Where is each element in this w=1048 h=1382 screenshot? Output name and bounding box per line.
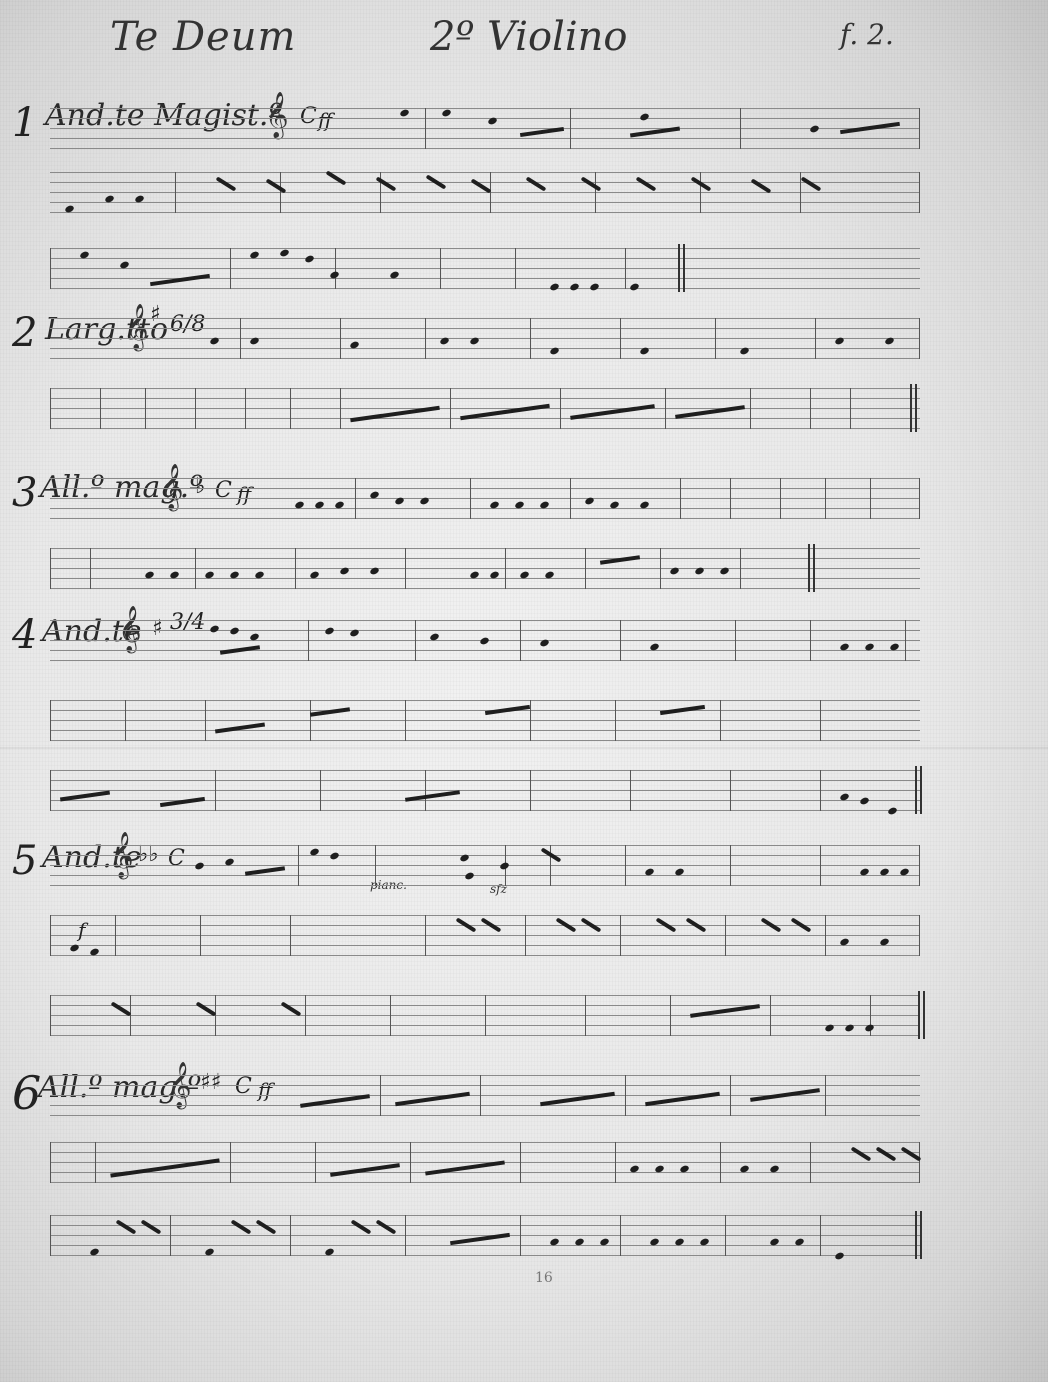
staff-6b	[50, 1142, 920, 1182]
movement-number-3: 3	[12, 470, 37, 516]
staff-1b	[50, 172, 920, 212]
movement-number-4: 4	[12, 612, 37, 658]
staff-1c	[50, 248, 920, 288]
staff-2a	[50, 318, 920, 358]
movement-number-1: 1	[12, 100, 37, 146]
staff-6c	[50, 1215, 920, 1255]
staff-1a	[50, 108, 920, 148]
staff-4b	[50, 700, 920, 740]
staff-2b	[50, 388, 920, 428]
staff-5a	[50, 845, 920, 885]
movement-number-2: 2	[12, 310, 37, 356]
part-name: 2º Violino	[430, 14, 627, 60]
staff-5b	[50, 915, 920, 955]
page-number: 16	[535, 1270, 553, 1286]
manuscript-page: Te Deum 2º Violino f. 2. 1 And.te Magist…	[0, 0, 1048, 1382]
folio-mark: f. 2.	[840, 18, 894, 51]
staff-4c	[50, 770, 920, 810]
movement-number-6: 6	[12, 1066, 41, 1120]
document-title: Te Deum	[110, 14, 296, 60]
staff-5c	[50, 995, 920, 1035]
staff-6a	[50, 1075, 920, 1115]
staff-3a	[50, 478, 920, 518]
forte-marking: f	[78, 918, 85, 942]
page-fold	[0, 747, 1048, 749]
staff-4a	[50, 620, 920, 660]
staff-3b	[50, 548, 920, 588]
movement-number-5: 5	[12, 838, 37, 884]
